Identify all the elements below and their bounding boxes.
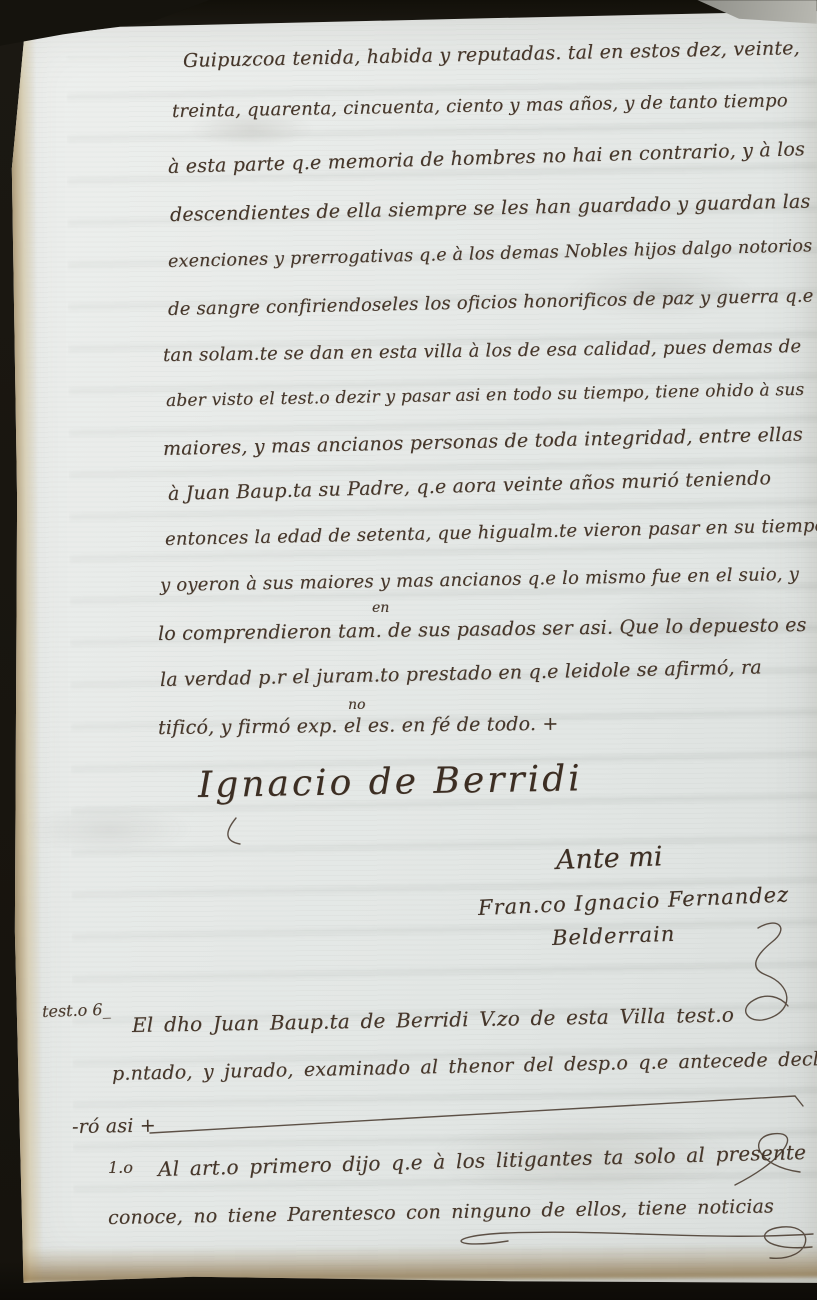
margin-note-witness-number: test.o 6_ <box>42 1000 111 1021</box>
manuscript-photo: Guipuzcoa tenida, habida y reputadas. ta… <box>0 0 817 1300</box>
signature-ignacio-de-berridi: Ignacio de Berridi <box>198 758 583 806</box>
attestation-ante-mi: Ante mi <box>555 841 663 876</box>
superscript-insertion-en: en <box>372 600 389 616</box>
superscript-insertion-no: no <box>348 697 365 713</box>
manuscript-line-15: tificó, y firmó exp. el es. en fé de tod… <box>158 713 559 739</box>
margin-note-article-number: 1.o <box>108 1158 133 1177</box>
witness-line-3: -ró asi + <box>72 1115 156 1138</box>
notary-signature-line-2: Belderrain <box>552 922 676 950</box>
bottom-edge-stain <box>14 1243 817 1282</box>
